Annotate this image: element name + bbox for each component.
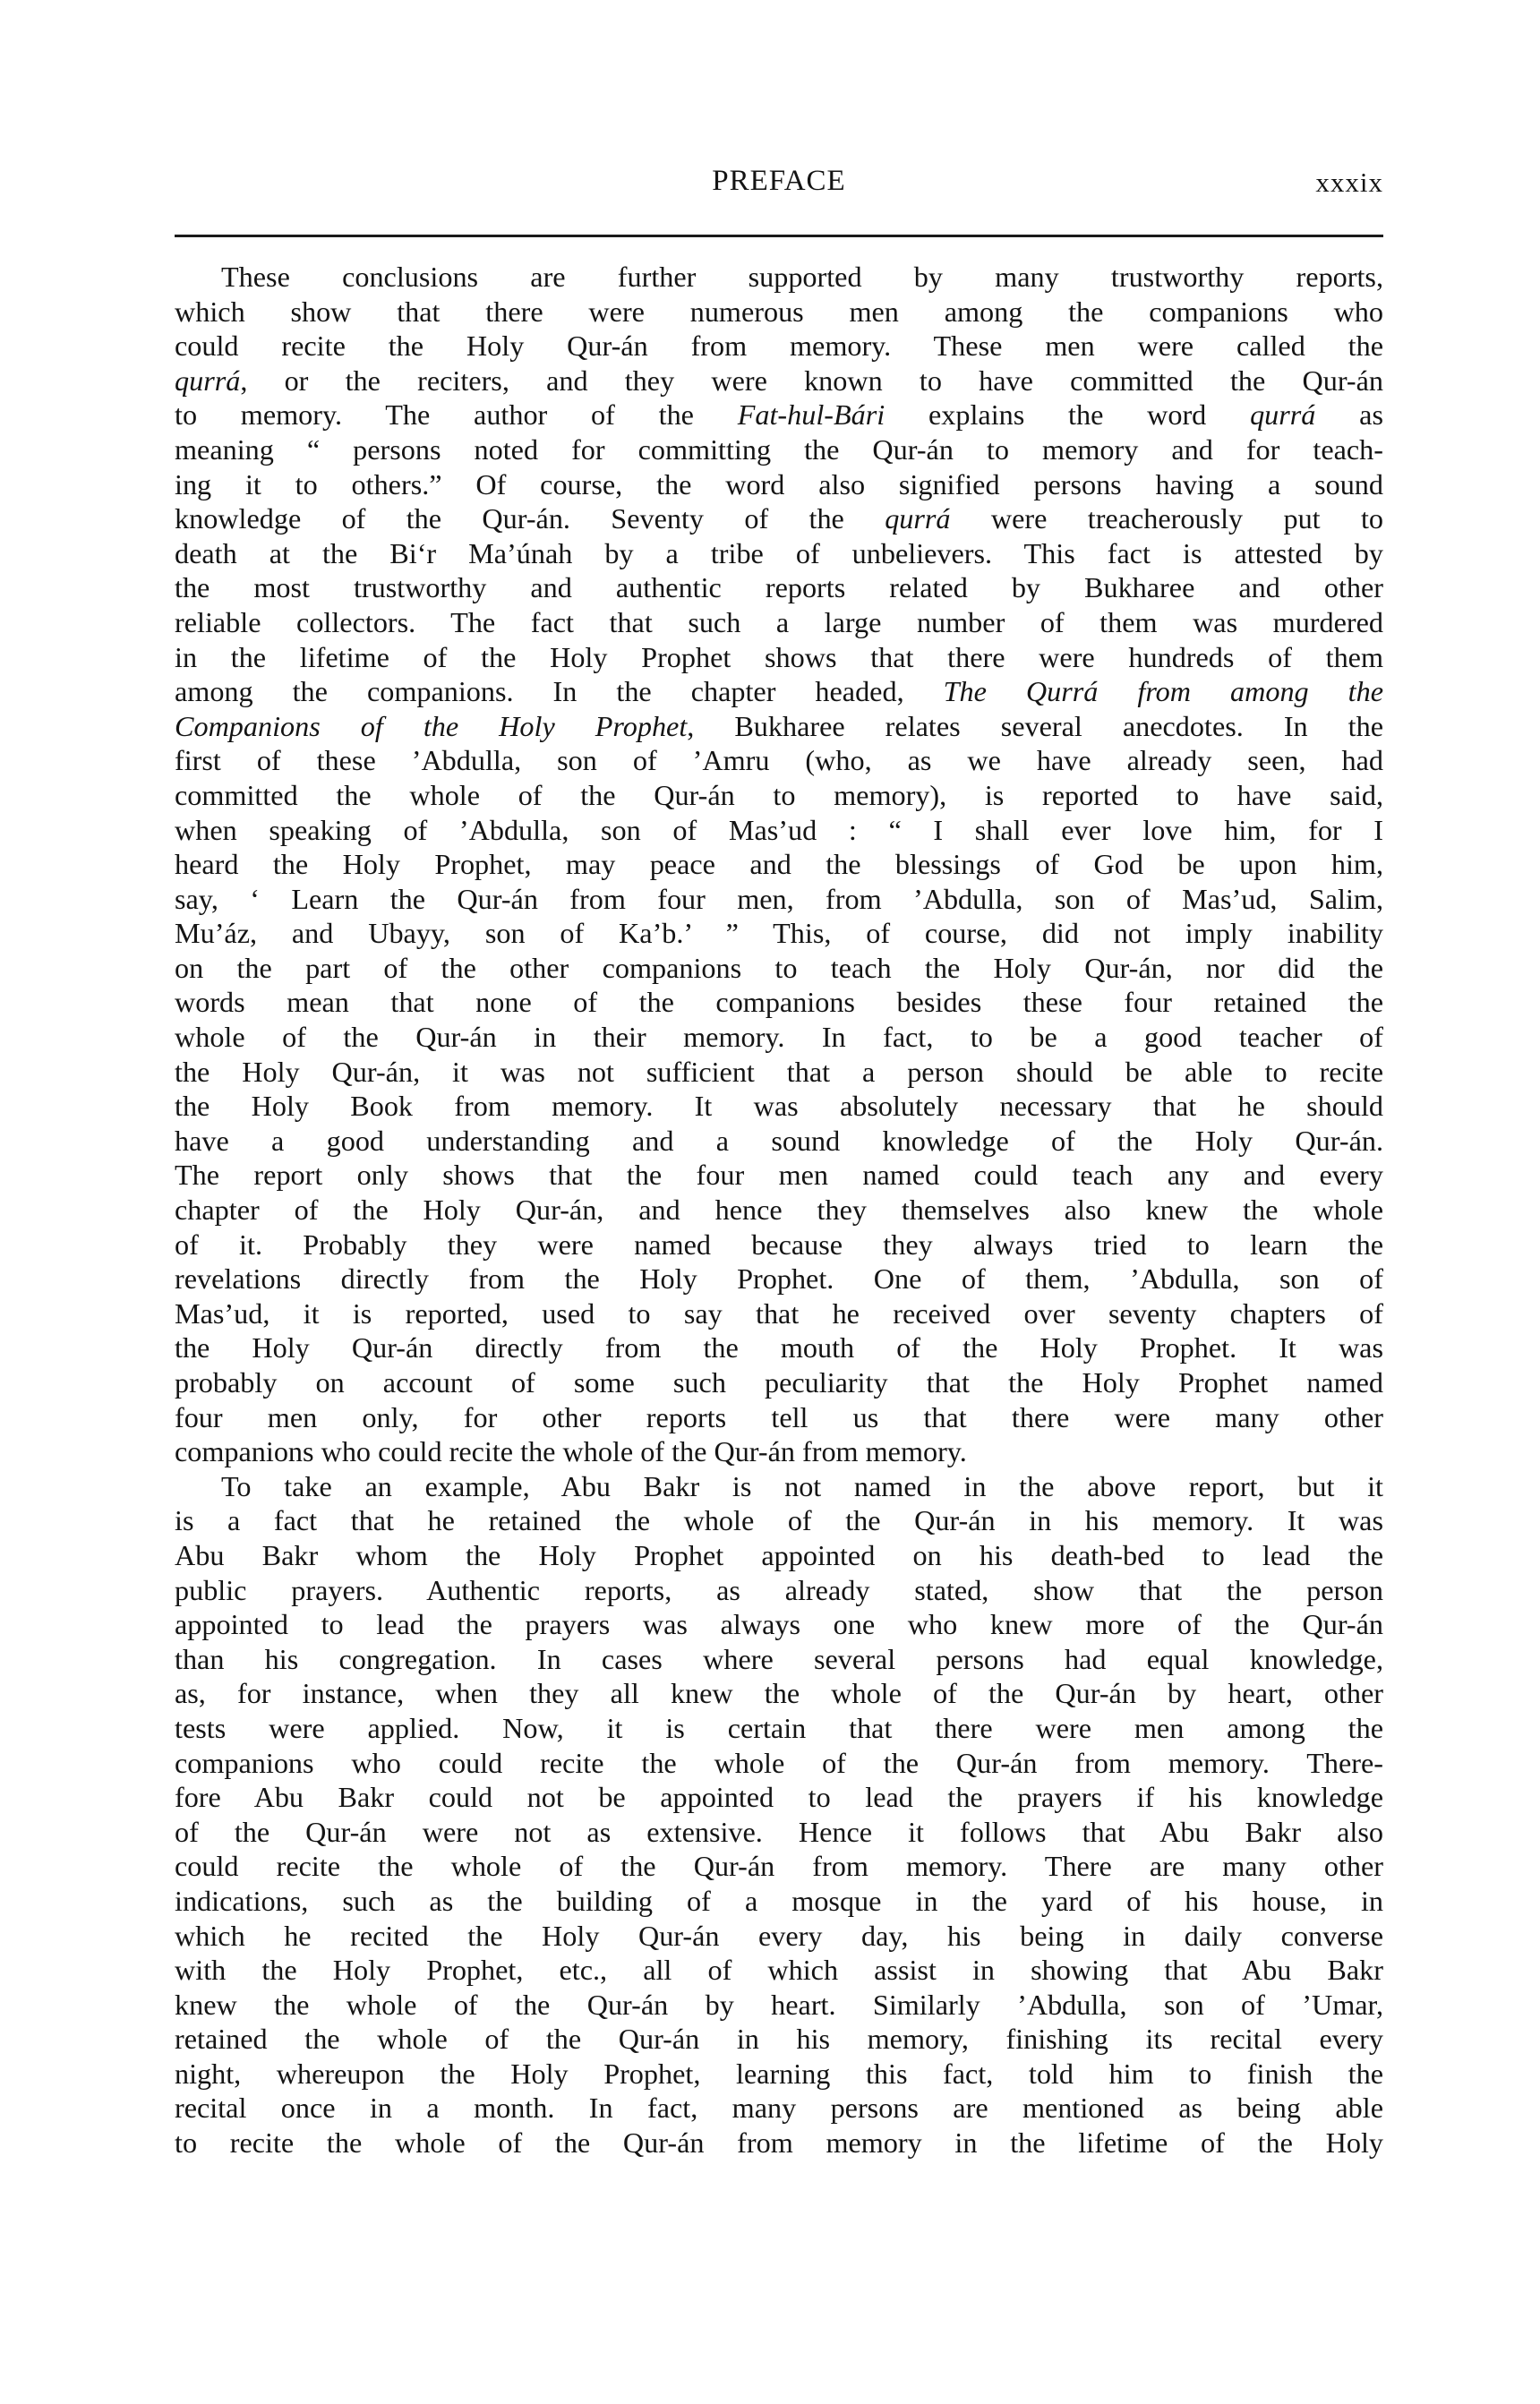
text-line: among the companions. In the chapter hea… <box>175 674 1383 709</box>
text-line: on the part of the other companions to t… <box>175 951 1383 986</box>
text-line: tests were applied. Now, it is certain t… <box>175 1711 1383 1746</box>
body-text: These conclusions are further supported … <box>175 260 1383 2160</box>
text-line: first of these ’Abdulla, son of ’Amru (w… <box>175 743 1383 778</box>
text-line: heard the Holy Prophet, may peace and th… <box>175 847 1383 882</box>
text-line: chapter of the Holy Qur-án, and hence th… <box>175 1193 1383 1228</box>
text-line: of the Qur-án were not as extensive. Hen… <box>175 1815 1383 1850</box>
paragraph-2: To take an example, Abu Bakr is not name… <box>175 1469 1383 2160</box>
text-line: as, for instance, when they all knew the… <box>175 1676 1383 1711</box>
text-line: in the lifetime of the Holy Prophet show… <box>175 640 1383 675</box>
text-line: when speaking of ’Abdulla, son of Mas’ud… <box>175 813 1383 848</box>
text-line: words mean that none of the companions b… <box>175 985 1383 1020</box>
text-line: which he recited the Holy Qur-án every d… <box>175 1919 1383 1954</box>
text-line: retained the whole of the Qur-án in his … <box>175 2022 1383 2057</box>
text-line: These conclusions are further supported … <box>175 260 1383 295</box>
text-line: is a fact that he retained the whole of … <box>175 1503 1383 1538</box>
text-line: could recite the whole of the Qur-án fro… <box>175 1849 1383 1884</box>
text-line: reliable collectors. The fact that such … <box>175 605 1383 640</box>
running-title: PREFACE <box>175 165 1383 198</box>
text-line: have a good understanding and a sound kn… <box>175 1124 1383 1159</box>
text-line: companions who could recite the whole of… <box>175 1434 1383 1469</box>
text-line: fore Abu Bakr could not be appointed to … <box>175 1780 1383 1815</box>
text-line: death at the Bi‘r Ma’únah by a tribe of … <box>175 536 1383 571</box>
text-line: say, ‘ Learn the Qur-án from four men, f… <box>175 882 1383 917</box>
text-line: companions who could recite the whole of… <box>175 1746 1383 1781</box>
text-line: night, whereupon the Holy Prophet, learn… <box>175 2057 1383 2092</box>
text-line: public prayers. Authentic reports, as al… <box>175 1573 1383 1608</box>
text-line: The report only shows that the four men … <box>175 1158 1383 1193</box>
header-rule <box>175 235 1383 237</box>
text-line: to memory. The author of the Fat-hul-Bár… <box>175 398 1383 432</box>
text-line: Mu’áz, and Ubayy, son of Ka’b.’ ” This, … <box>175 916 1383 951</box>
text-line: Companions of the Holy Prophet, Bukharee… <box>175 709 1383 744</box>
text-line: with the Holy Prophet, etc., all of whic… <box>175 1953 1383 1988</box>
text-line: probably on account of some such peculia… <box>175 1365 1383 1400</box>
paragraph-1: These conclusions are further supported … <box>175 260 1383 1469</box>
text-line: four men only, for other reports tell us… <box>175 1400 1383 1435</box>
text-line: To take an example, Abu Bakr is not name… <box>175 1469 1383 1504</box>
text-line: of it. Probably they were named because … <box>175 1228 1383 1262</box>
text-line: which show that there were numerous men … <box>175 295 1383 329</box>
text-line: indications, such as the building of a m… <box>175 1884 1383 1919</box>
text-line: could recite the Holy Qur-án from memory… <box>175 329 1383 364</box>
text-line: meaning “ persons noted for committing t… <box>175 432 1383 467</box>
text-line: the Holy Book from memory. It was absolu… <box>175 1089 1383 1124</box>
page-number: xxxix <box>1315 167 1383 199</box>
text-line: whole of the Qur-án in their memory. In … <box>175 1020 1383 1055</box>
text-line: Mas’ud, it is reported, used to say that… <box>175 1296 1383 1331</box>
text-line: revelations directly from the Holy Proph… <box>175 1262 1383 1296</box>
text-line: to recite the whole of the Qur-án from m… <box>175 2126 1383 2160</box>
running-header: PREFACE xxxix <box>175 159 1383 204</box>
text-line: Abu Bakr whom the Holy Prophet appointed… <box>175 1538 1383 1573</box>
text-line: knowledge of the Qur-án. Seventy of the … <box>175 501 1383 536</box>
text-line: qurrá, or the reciters, and they were kn… <box>175 364 1383 398</box>
text-line: knew the whole of the Qur-án by heart. S… <box>175 1988 1383 2023</box>
text-line: recital once in a month. In fact, many p… <box>175 2091 1383 2126</box>
text-line: the Holy Qur-án directly from the mouth … <box>175 1330 1383 1365</box>
text-line: than his congregation. In cases where se… <box>175 1642 1383 1677</box>
text-line: the Holy Qur-án, it was not sufficient t… <box>175 1055 1383 1090</box>
text-line: ing it to others.” Of course, the word a… <box>175 467 1383 502</box>
text-line: committed the whole of the Qur-án to mem… <box>175 778 1383 813</box>
text-line: appointed to lead the prayers was always… <box>175 1607 1383 1642</box>
text-line: the most trustworthy and authentic repor… <box>175 570 1383 605</box>
